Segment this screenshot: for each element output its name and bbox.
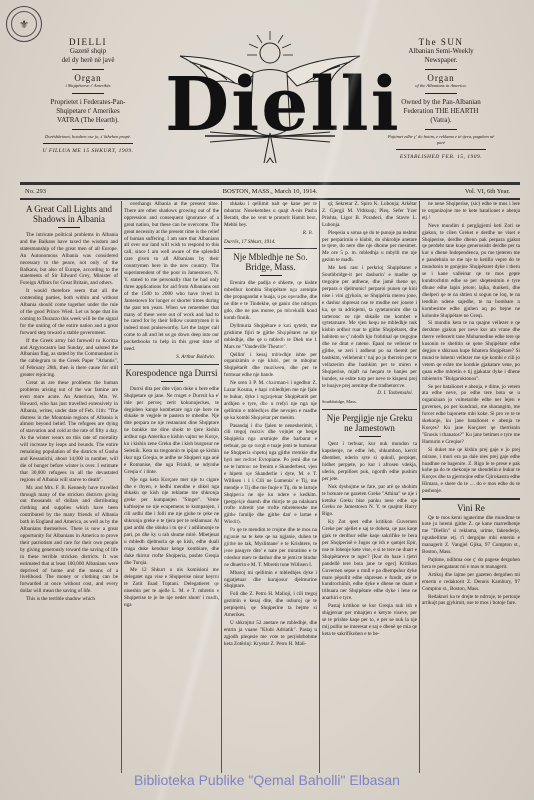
- left-ear-owner2: Shqipetare t' Amerikes: [38, 107, 138, 116]
- column-rule: [419, 201, 420, 773]
- column-5: ne nene Shqiperise, (sic) edhe te mos i …: [422, 201, 520, 773]
- article-place: Southbridge, Mass.: [322, 399, 417, 406]
- article-paragraph: Pa qe te mendim te rrojme dhe te mos na …: [224, 527, 317, 568]
- divider: [396, 149, 486, 150]
- signature: R. B.: [224, 230, 313, 237]
- column-rule: [319, 201, 320, 773]
- notice-paragraph: Qe te mos kemi ngaterime dhe mundime te …: [422, 515, 520, 556]
- right-ear-organ: Organ: [386, 74, 496, 83]
- article-paragraph: This is the terrible shadow which: [20, 596, 118, 603]
- article-paragraph: Nuk dyshojme se fare, par atë qe shohim …: [322, 484, 417, 519]
- notice-paragraph: Pajtime, ndihma ose ç' do pagese dergohe…: [422, 557, 520, 571]
- divider: [72, 129, 104, 130]
- divider: [260, 275, 282, 276]
- signature: S. Arthur Baldwin.: [124, 354, 215, 361]
- headline-pergjigje: Nje Pergjigje nje Greku ne Jamestown: [322, 413, 417, 433]
- article-paragraph: qi; Sekretar Z. Spiro K. Lubonja; Arkëta…: [322, 201, 417, 229]
- left-ear-organ: Organ: [38, 74, 138, 83]
- left-ear-note: Dorëshkrimet, botohen ose jo, s' kthehen…: [38, 134, 138, 140]
- newspaper-page: ⚜ DIELLI Gazetë shqip del dy herë në jav…: [0, 0, 534, 800]
- right-ear-name: The SUN: [386, 38, 496, 47]
- volume: Vol. VI, 6th Year.: [465, 188, 510, 195]
- divider: [425, 93, 457, 94]
- article-paragraph: Nje nga keta Korçare mer nje tu cigare d…: [124, 477, 219, 567]
- article-dateline: Durrës, 17 Shkurt, 1914.: [224, 239, 317, 246]
- divider: [72, 69, 104, 70]
- article-paragraph: Qellim' i kesaj mbledhje ishte per organ…: [224, 352, 317, 380]
- right-ear-organ-sub: of the Albanians in America.: [386, 83, 496, 89]
- place-date: BOSTON, MASS., March 10, 1914.: [20, 188, 520, 195]
- article-paragraph: Erenira dhe padija e shkerte, qe kishte …: [224, 280, 317, 321]
- left-ear-organ-sub: i Shqipëtarve t' Amerikës: [38, 83, 138, 89]
- right-ear-line2: Newspaper.: [386, 56, 496, 65]
- right-ear-owner1: Owned by the Pan-Albanian: [386, 98, 496, 107]
- left-ear-founded: U FILLUA ME 15 SHKURT, 1909.: [38, 147, 138, 156]
- right-ear-note: Pajtimet edhe ç' do botim, e reklama e t…: [386, 134, 496, 146]
- divider: [322, 409, 417, 410]
- divider: [224, 248, 317, 249]
- library-watermark: Biblioteka Publike "Qemal Baholli" Elbas…: [0, 772, 534, 788]
- headline-great-call: A Great Call Lights and Shadows in Alban…: [20, 204, 118, 224]
- article-paragraph: Pleqesia u sotua qe do te punoje pa resh…: [322, 230, 417, 265]
- right-ear-owner2: Federation THE HEARTH: [386, 107, 496, 116]
- article-paragraph: Ne oren 3 P. M. chairman-i i ngedhur Z. …: [224, 380, 317, 421]
- article-paragraph: Ky Zot qeet edhe kritikon Guvernen Greke…: [322, 519, 417, 602]
- divider: [359, 436, 381, 437]
- article-paragraph: shkaku i qellimit nalt qe kane per te mb…: [224, 201, 317, 229]
- article-paragraph: Great as are these problems the human pr…: [20, 380, 118, 484]
- library-stamp-icon: ⚜: [6, 6, 42, 42]
- article-paragraph: Se per batalionet e abenja, e dime, jo v…: [422, 384, 520, 446]
- article-paragraph: overhangs Albania at the present time. T…: [124, 201, 219, 353]
- article-paragraph: It would therefore seem that all the con…: [20, 288, 118, 336]
- right-ear: The SUN Albanian Semi-Weekly Newspaper. …: [386, 38, 496, 162]
- article-paragraph: If the Greek army bid farewell to Koritz…: [20, 338, 118, 379]
- right-ear-established: ESTABLISHED FEB. 15, 1909.: [386, 153, 496, 162]
- left-ear-owner3: VATRA (The Hearth).: [38, 116, 138, 125]
- article-paragraph: Mr. and Mrs. F. B. Kennedy have travelle…: [20, 485, 118, 596]
- left-ear-line2: del dy herë në javë: [38, 56, 138, 65]
- headline-mbledhje: Nje Mbledhje ne So. Bridge, Mass.: [224, 252, 317, 272]
- article-paragraph: Dyllmuria Shqipëtare e kati qytetit, me …: [224, 323, 317, 351]
- column-3: shkaku i qellimit nalt qe kane per te mb…: [224, 201, 317, 773]
- article-paragraph: ne nene Shqiperise, (sic) edhe te mos i …: [422, 201, 520, 222]
- divider: [43, 143, 133, 144]
- left-ear-owner1: Proprietet i Federates-Pan-: [38, 98, 138, 107]
- article-paragraph: Pasandaj i dha fjalen te nenesherimit, i…: [224, 423, 317, 527]
- divider: [161, 381, 183, 382]
- notice-paragraph: Redaktori ka te drejte te ndrroje, te pe…: [422, 594, 520, 608]
- left-ear: DIELLI Gazetë shqip del dy herë në javë …: [38, 38, 138, 156]
- headline-vini-re: Vini Re: [422, 503, 520, 513]
- article-paragraph: Me keti rast i perkrioj Shqipëtaret e So…: [322, 265, 417, 389]
- right-ear-line1: Albanian Semi-Weekly: [386, 47, 496, 56]
- divider: [422, 498, 520, 500]
- right-ear-owner3: (Vatra).: [386, 116, 496, 125]
- masthead-title: Dielli: [165, 62, 375, 148]
- divider: [72, 93, 104, 94]
- column-1: A Great Call Lights and Shadows in Alban…: [20, 201, 118, 773]
- notice-paragraph: Artikuj dhe lajme per gazeten dergohen m…: [422, 572, 520, 593]
- article-paragraph: Si duket me qe kishin prej gaje e jo pre…: [422, 447, 520, 495]
- article-paragraph: Pastaj kritikon se kur Greqia nuk ish e …: [322, 603, 417, 638]
- dateline-rule: [20, 198, 520, 200]
- headline-korespodence: Korespodence nga Durrsi: [124, 368, 219, 378]
- article-columns: A Great Call Lights and Shadows in Alban…: [20, 201, 520, 773]
- article-paragraph: Qent i terbuar, kur nuk mundon ta kapshe…: [322, 441, 417, 482]
- article-paragraph: U shkrojtur 52 anetare ne mbledhje, dhe …: [224, 620, 317, 648]
- divider: [425, 69, 457, 70]
- column-rule: [121, 201, 122, 773]
- article-paragraph: Si mundin keta te na quajne vellezer e q…: [422, 320, 520, 382]
- article-paragraph: Foli dhe Z. Petro H. Malioji, i cili tre…: [224, 591, 317, 619]
- dateline-bar: No. 293 BOSTON, MASS., March 10, 1914. V…: [20, 187, 520, 198]
- divider: [425, 129, 457, 130]
- divider: [58, 227, 80, 228]
- column-4: qi; Sekretar Z. Spiro K. Lubonja; Arkëta…: [322, 201, 417, 773]
- article-paragraph: Mbaroj mi qellimin e mbledhjes dyke i ng…: [224, 570, 317, 591]
- article-paragraph: Neve mundim ti pergjigjemi keti Zoti se …: [422, 223, 520, 320]
- article-paragraph: Me 12 Shkurt u nis komisioni me delegate…: [124, 567, 219, 608]
- signature: D. I. Tashemaloi.: [322, 390, 413, 397]
- column-rule: [221, 201, 222, 773]
- column-2: overhangs Albania at the present time. T…: [124, 201, 219, 773]
- left-ear-line1: Gazetë shqip: [38, 47, 138, 56]
- article-paragraph: Durrsi dita per dite vijon duke u bere e…: [124, 386, 219, 476]
- left-ear-name: DIELLI: [38, 38, 138, 47]
- divider: [124, 364, 219, 365]
- article-paragraph: The intricate political problems in Alba…: [20, 232, 118, 287]
- masthead-logo: Dielli: [165, 28, 375, 163]
- masthead-rule: [20, 182, 520, 185]
